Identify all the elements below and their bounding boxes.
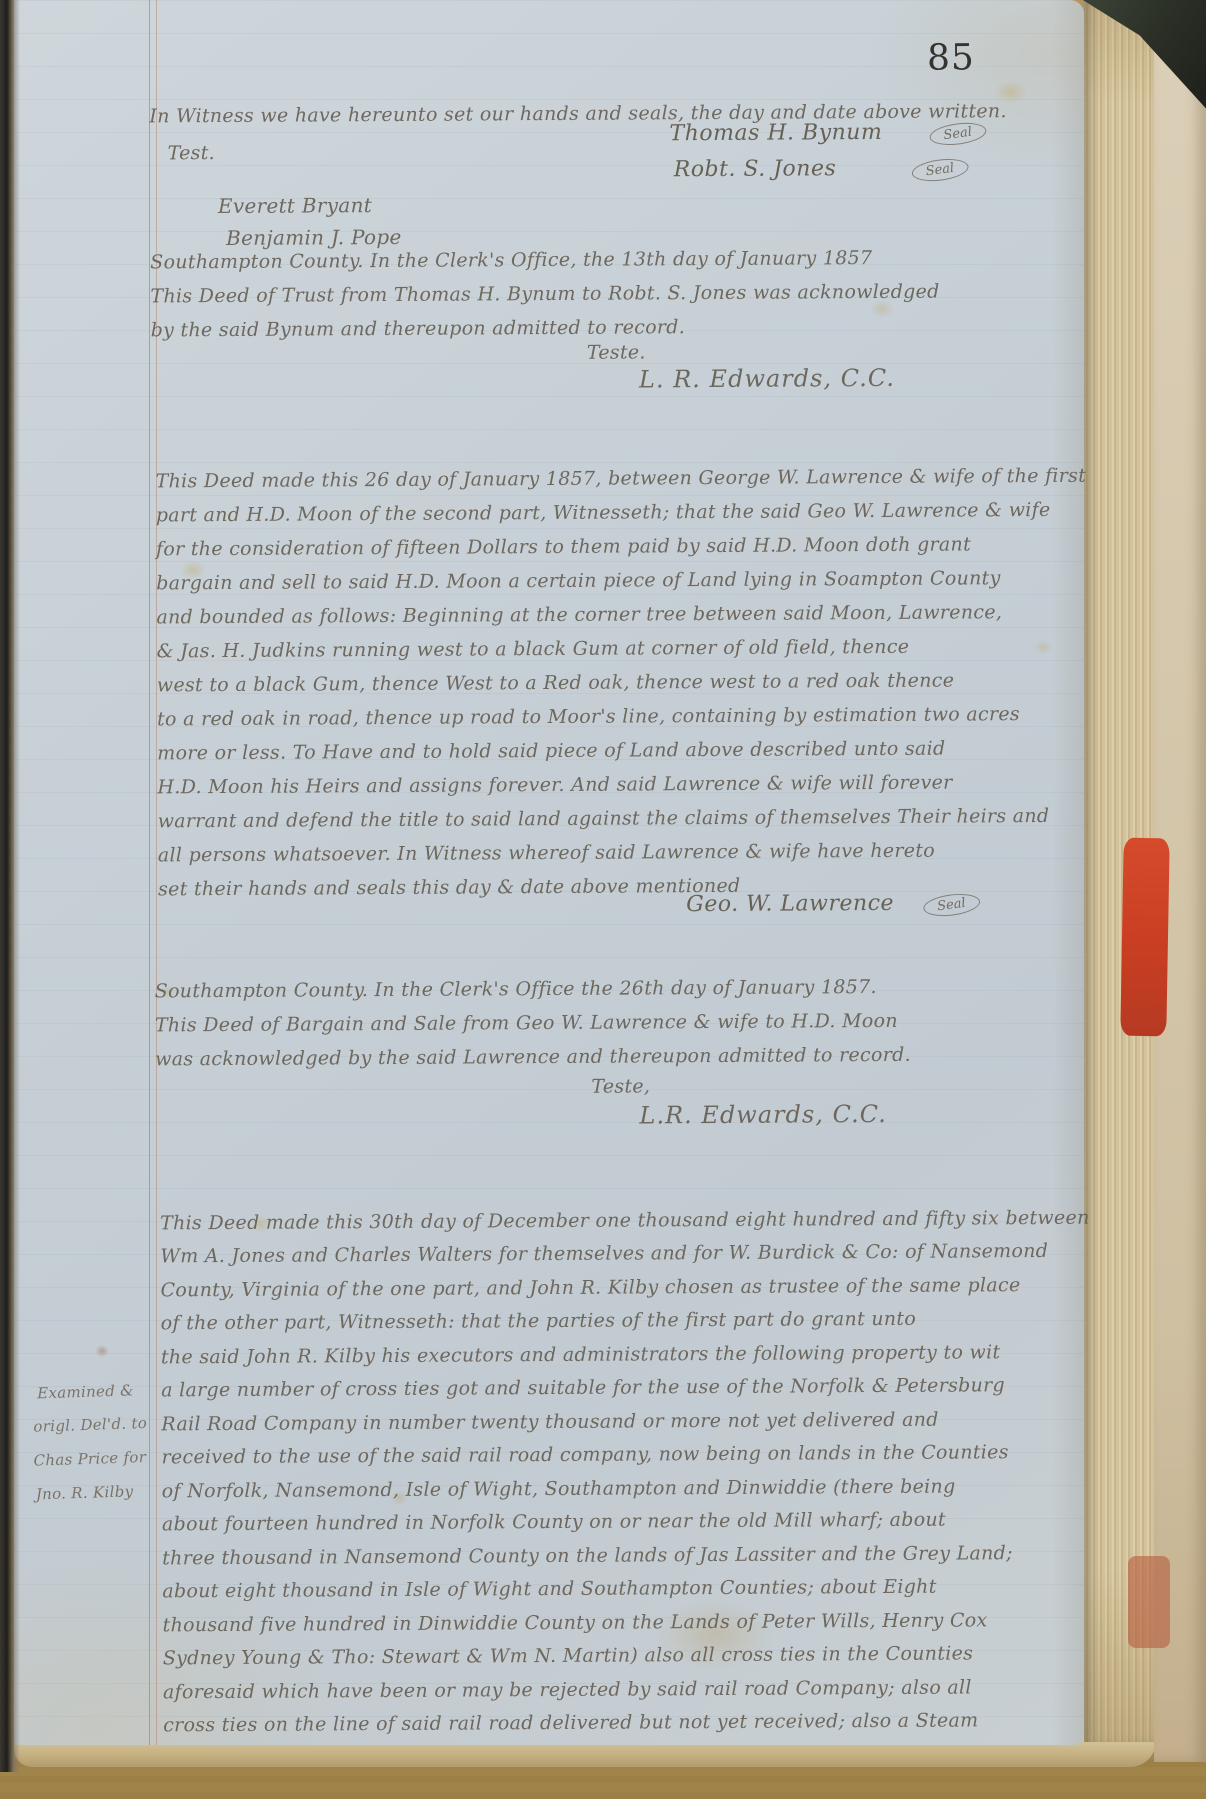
deed2-line: for the consideration of fifteen Dollars… [156,533,971,560]
deed3-line: a large number of cross ties got and sui… [161,1374,1005,1401]
clerk-signature: L.R. Edwards, C.C. [639,1100,886,1130]
deed3-line: of the other part, Witnesseth: that the … [161,1308,916,1335]
teste-label: Teste. [587,341,646,363]
clerk-line: This Deed of Bargain and Sale from Geo W… [155,1010,898,1037]
deed3-line: aforesaid which have been or may be reje… [163,1676,972,1703]
witness-name: Everett Bryant [218,193,372,218]
deed-book-photo: { "page": { "number": "85" }, "entry1": … [0,0,1206,1799]
teste-label: Teste, [591,1075,650,1097]
attest-label: Test. [168,142,216,164]
book-red-board-lower [1128,1556,1170,1648]
deed2-line: more or less. To Have and to hold said p… [157,738,945,765]
margin-note-line: Jno. R. Kilby [36,1482,134,1503]
deed2-line: & Jas. H. Judkins running west to a blac… [157,636,910,663]
deed2-line: This Deed made this 26 day of January 18… [156,465,1087,493]
deed3-line: about fourteen hundred in Norfolk County… [162,1509,946,1536]
clerk-line: This Deed of Trust from Thomas H. Bynum … [150,281,939,308]
deed3-line: three thousand in Nansemond County on th… [162,1542,1013,1569]
signature-name: Geo. W. Lawrence [686,891,894,917]
signature-row: Geo. W. Lawrence Seal [686,890,980,917]
deed2-line: to a red oak in road, thence up road to … [157,703,1020,730]
deed2-line: all persons whatsoever. In Witness where… [158,840,935,867]
deed3-line: the said John R. Kilby his executors and… [161,1341,1001,1368]
deed3-line: received to the use of the said rail roa… [161,1441,1008,1468]
deed2-line: west to a black Gum, thence West to a Re… [157,670,955,697]
margin-note-line: origl. Del'd. to [33,1414,147,1436]
ledger-page: 85 In Witness we have hereunto set our h… [14,0,1084,1745]
margin-note-line: Chas Price for [33,1448,146,1470]
deed2-line: and bounded as follows: Beginning at the… [156,601,1002,628]
clerk-line: was acknowledged by the said Lawrence an… [155,1044,911,1071]
handwriting-layer: 85 In Witness we have hereunto set our h… [9,0,1090,1748]
clerk-line: Southampton County. In the Clerk's Offic… [155,976,877,1002]
deed3-line: County, Virginia of the one part, and Jo… [160,1274,1020,1301]
seal-mark: Seal [928,120,987,148]
deed3-line: about eight thousand in Isle of Wight an… [162,1576,936,1603]
deed2-line: bargain and sell to said H.D. Moon a cer… [156,567,1000,594]
seal-mark: Seal [910,156,969,184]
deed3-line: of Norfolk, Nansemond, Isle of Wight, So… [162,1476,956,1503]
page-number: 85 [927,37,975,78]
deed2-line: warrant and defend the title to said lan… [158,805,1050,832]
deed3-line: Rail Road Company in number twenty thous… [161,1409,938,1436]
deed3-line: This Deed made this 30th day of December… [160,1207,1090,1235]
deed2-line: set their hands and seals this day & dat… [158,875,741,901]
clerk-line: by the said Bynum and thereupon admitted… [151,316,686,341]
deed3-line: Sydney Young & Tho: Stewart & Wm N. Mart… [163,1642,974,1669]
binding-gutter [0,0,20,1772]
clerk-line: Southampton County. In the Clerk's Offic… [150,247,872,273]
witness-name: Benjamin J. Pope [226,225,402,250]
deed3-line: Wm A. Jones and Charles Walters for them… [160,1240,1048,1267]
deed3-line: thousand five hundred in Dinwiddie Count… [163,1609,988,1636]
signature-name: Thomas H. Bynum [669,120,882,146]
book-red-board [1120,838,1169,1037]
signature-name: Robt. S. Jones [674,156,837,182]
deed2-line: part and H.D. Moon of the second part, W… [156,499,1051,526]
deed2-line: H.D. Moon his Heirs and assigns forever.… [157,772,952,799]
signature-row: Thomas H. Bynum Seal [669,119,986,146]
seal-mark: Seal [922,891,981,919]
clerk-signature: L. R. Edwards, C.C. [639,364,895,394]
deed3-line: cross ties on the line of said rail road… [163,1709,978,1736]
signature-row: Robt. S. Jones Seal [674,155,968,182]
margin-note-line: Examined & [37,1381,134,1402]
